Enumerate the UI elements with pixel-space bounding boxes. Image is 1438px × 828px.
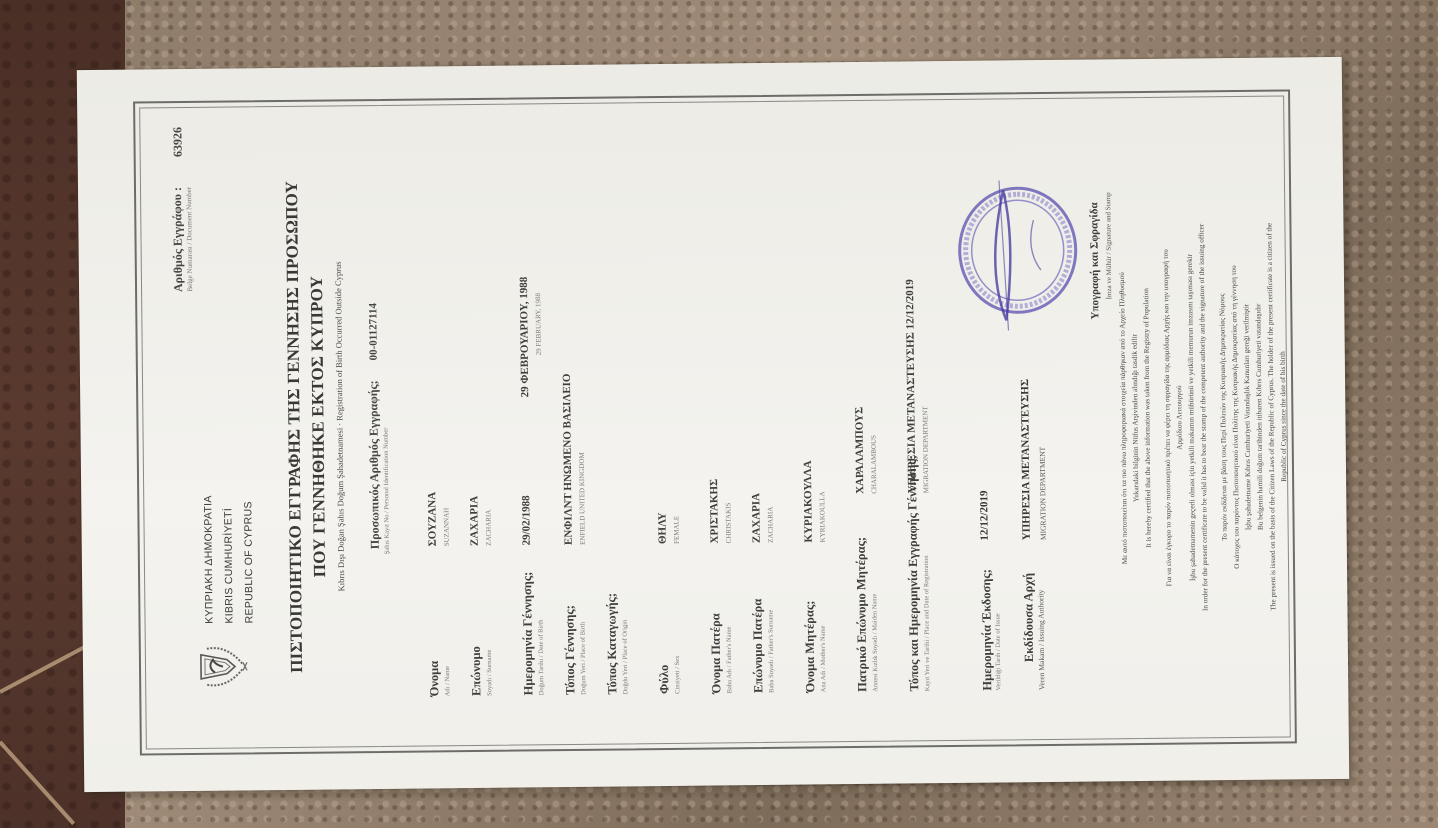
issuing-state: ΚΥΠΡΙΑΚΗ ΔΗΜΟΚΡΑΤΙΑ KIBRIS CUMHURİYETİ R…	[198, 494, 259, 623]
signature-sublabel: İmza ve Mühür / Signature and Stamp	[1104, 192, 1113, 299]
field-sublabel: Baba Adı / Father's Name	[726, 626, 734, 693]
field-row: ΌνομαAdı / NameΣΟΥΖΑΝΑSUZANNAH	[421, 124, 469, 696]
document-number-value: 63926	[170, 127, 185, 157]
field-value: 29/02/1988	[520, 495, 533, 545]
field-value: ΚΥΡΙΑΚΟΥΛΛΑ	[802, 460, 815, 542]
field-value-sub: ENFIELD UNITED KINGDOM	[578, 452, 587, 545]
field-sublabel: Cinsiyeti / Sex	[674, 655, 681, 693]
certificate-content: ΚΥΠΡΙΑΚΗ ΔΗΜΟΚΡΑΤΙΑ KIBRIS CUMHURİYETİ R…	[139, 95, 1291, 749]
personal-id: Προσωπικός Αριθμός Εγγραφής; 00-01127114…	[361, 104, 393, 746]
birth-certificate: ΚΥΠΡΙΑΚΗ ΔΗΜΟΚΡΑΤΙΑ KIBRIS CUMHURİYETİ R…	[77, 56, 1349, 791]
field-sublabel: Kayıt Yeri ve Tarihi / Place and Date of…	[923, 555, 931, 691]
field-label: Όνομα	[427, 660, 442, 696]
field-sublabel: Adı / Name	[444, 665, 451, 695]
field-value-sub: FEMALE	[672, 515, 680, 543]
issuing-authority-value-sub: MIGRATION DEPARTMENT	[1038, 446, 1048, 539]
field-value-long: 29 ΦΕΒΡΟΥΑΡΙΟΥ, 1988	[518, 276, 531, 397]
field-label: Φύλο	[657, 664, 672, 693]
field-value-sub: ZACHARIA	[484, 509, 492, 545]
signature-label: Υπογραφή και Σφραγίδα	[1088, 202, 1101, 319]
cyprus-coat-of-arms-icon	[193, 640, 250, 693]
field-row: Όνομα ΠατέραBaba Adı / Father's NameΧΡΙΣ…	[703, 121, 751, 693]
field-value-long-sub: 29 FEBRUARY, 1988	[534, 292, 543, 354]
field-sublabel: Doğum Yeri / Place of Birth	[580, 621, 588, 694]
field-value: ΧΑΡΑΛΑΜΠΟΥΣ	[853, 406, 866, 493]
issue-date-value: 12/12/2019	[978, 490, 991, 540]
field-label: Επώνυμο	[469, 646, 485, 696]
field-value-sub: KYRIAKOULLA	[818, 491, 827, 542]
field-value-sub: SUZANNAH	[442, 507, 450, 546]
field-sublabel: Ana Adı / Mother's Name	[820, 625, 828, 692]
document-number-sublabel: Belge Numarası / Document Number	[185, 186, 194, 291]
field-label: Όνομα Μητέρας;	[802, 600, 818, 692]
field-value-sub: ZACHARIA	[766, 506, 774, 542]
field-label: Όνομα Πατέρα	[708, 613, 724, 693]
state-name-turkish: KIBRIS CUMHURİYETİ	[218, 495, 239, 624]
field-row: Τόπος και Ημερομηνία Εγγραφής Γέννησης;K…	[901, 119, 949, 691]
field-row: Επώνυμο ΠατέραBaba Soyadı / Father's Sur…	[745, 120, 793, 692]
field-value: ΧΡΙΣΤΑΚΗΣ	[708, 478, 721, 543]
personal-id-label: Προσωπικός Αριθμός Εγγραφής	[366, 384, 382, 549]
personal-id-value: 00-01127114	[367, 302, 380, 360]
certificate-title: ΠΙΣΤΟΠΟΙΗΤΙΚΟ ΕΓΓΡΑΦΗΣ ΤΗΣ ΓΕΝΝΗΣΗΣ ΠΡΟΣ…	[279, 105, 348, 748]
document-number: Αριθμός Εγγράφου : Belge Numarası / Docu…	[170, 186, 194, 291]
field-row: Πατρικό Επώνυμο Μητέρας;Annesi Kızlık So…	[849, 119, 897, 691]
field-value: ΖΑΧΑΡΙΑ	[750, 492, 763, 542]
field-value-sub: CHRISTAKIS	[724, 502, 732, 543]
field-label: Τόπος Γέννησης;	[562, 605, 578, 695]
field-value: ΖΑΧΑΡΙΑ	[468, 495, 481, 545]
field-value: ΘΗΛΥ	[656, 512, 668, 544]
field-label: Πατρικό Επώνυμο Μητέρας;	[854, 536, 871, 691]
field-value-sub: CHARALAMBOUS	[870, 435, 879, 494]
field-row: ΦύλοCinsiyeti / SexΘΗΛΥFEMALE	[651, 121, 699, 693]
field-label: Τόπος Καταγωγής;	[604, 592, 620, 694]
field-value: ΥΠΗΡΕΣΙΑ ΜΕΤΑΝΑΣΤΕΥΣΗΣ 12/12/2019	[904, 279, 918, 493]
fields-list: ΌνομαAdı / NameΣΟΥΖΑΝΑSUZANNAHΕπώνυμοSoy…	[421, 119, 949, 696]
field-row: Τόπος Καταγωγής;Doğdu Yeri / Place of Or…	[599, 122, 647, 694]
document-number-label: Αριθμός Εγγράφου :	[170, 187, 186, 292]
field-row: Ημερομηνία Γέννησης;Doğum Tarihi / Date …	[515, 123, 563, 695]
field-value: ΣΟΥΖΑΝΑ	[426, 491, 439, 546]
issuing-authority-value: ΥΠΗΡΕΣΙΑ ΜΕΤΑΝΑΣΤΕΥΣΗΣ	[1019, 378, 1033, 539]
field-sublabel: Doğdu Yeri / Place of Origin	[622, 619, 630, 694]
field-value: ΕΝΦΙΛΝΤ ΗΝΩΜΕΝΟ ΒΑΣΙΛΕΙΟ	[561, 373, 575, 545]
field-sublabel: Annesi Kızlık Soyadı / Maiden Name	[871, 593, 879, 691]
title-subtitle: Kıbrıs Dışı Doğan Şahıs Doğum Şahadetnam…	[331, 105, 348, 747]
legal-text: Με αυτό πιστοποιείται ότι τα πιο πάνω πλ…	[1114, 115, 1292, 719]
field-sublabel: Soyadı / Surname	[486, 649, 493, 695]
field-row: Όνομα Μητέρας;Ana Adı / Mother's NameΚΥΡ…	[797, 120, 845, 692]
state-name-english: REPUBLIC OF CYPRUS	[238, 494, 259, 623]
field-sublabel: Doğum Tarihi / Date of Birth	[538, 619, 546, 695]
field-row: ΕπώνυμοSoyadı / SurnameΖΑΧΑΡΙΑZACHARIA	[463, 123, 511, 695]
state-name-greek: ΚΥΠΡΙΑΚΗ ΔΗΜΟΚΡΑΤΙΑ	[198, 495, 219, 624]
field-label: Επώνυμο Πατέρα	[750, 598, 766, 692]
field-sublabel: Baba Soyadı / Father's Surname	[767, 609, 775, 692]
field-value-sub: MIGRATION DEPARTMENT	[921, 406, 930, 493]
field-row: Τόπος Γέννησης;Doğum Yeri / Place of Bir…	[557, 122, 605, 694]
field-label: Ημερομηνία Γέννησης;	[520, 571, 536, 695]
official-stamp-icon	[945, 169, 1097, 341]
